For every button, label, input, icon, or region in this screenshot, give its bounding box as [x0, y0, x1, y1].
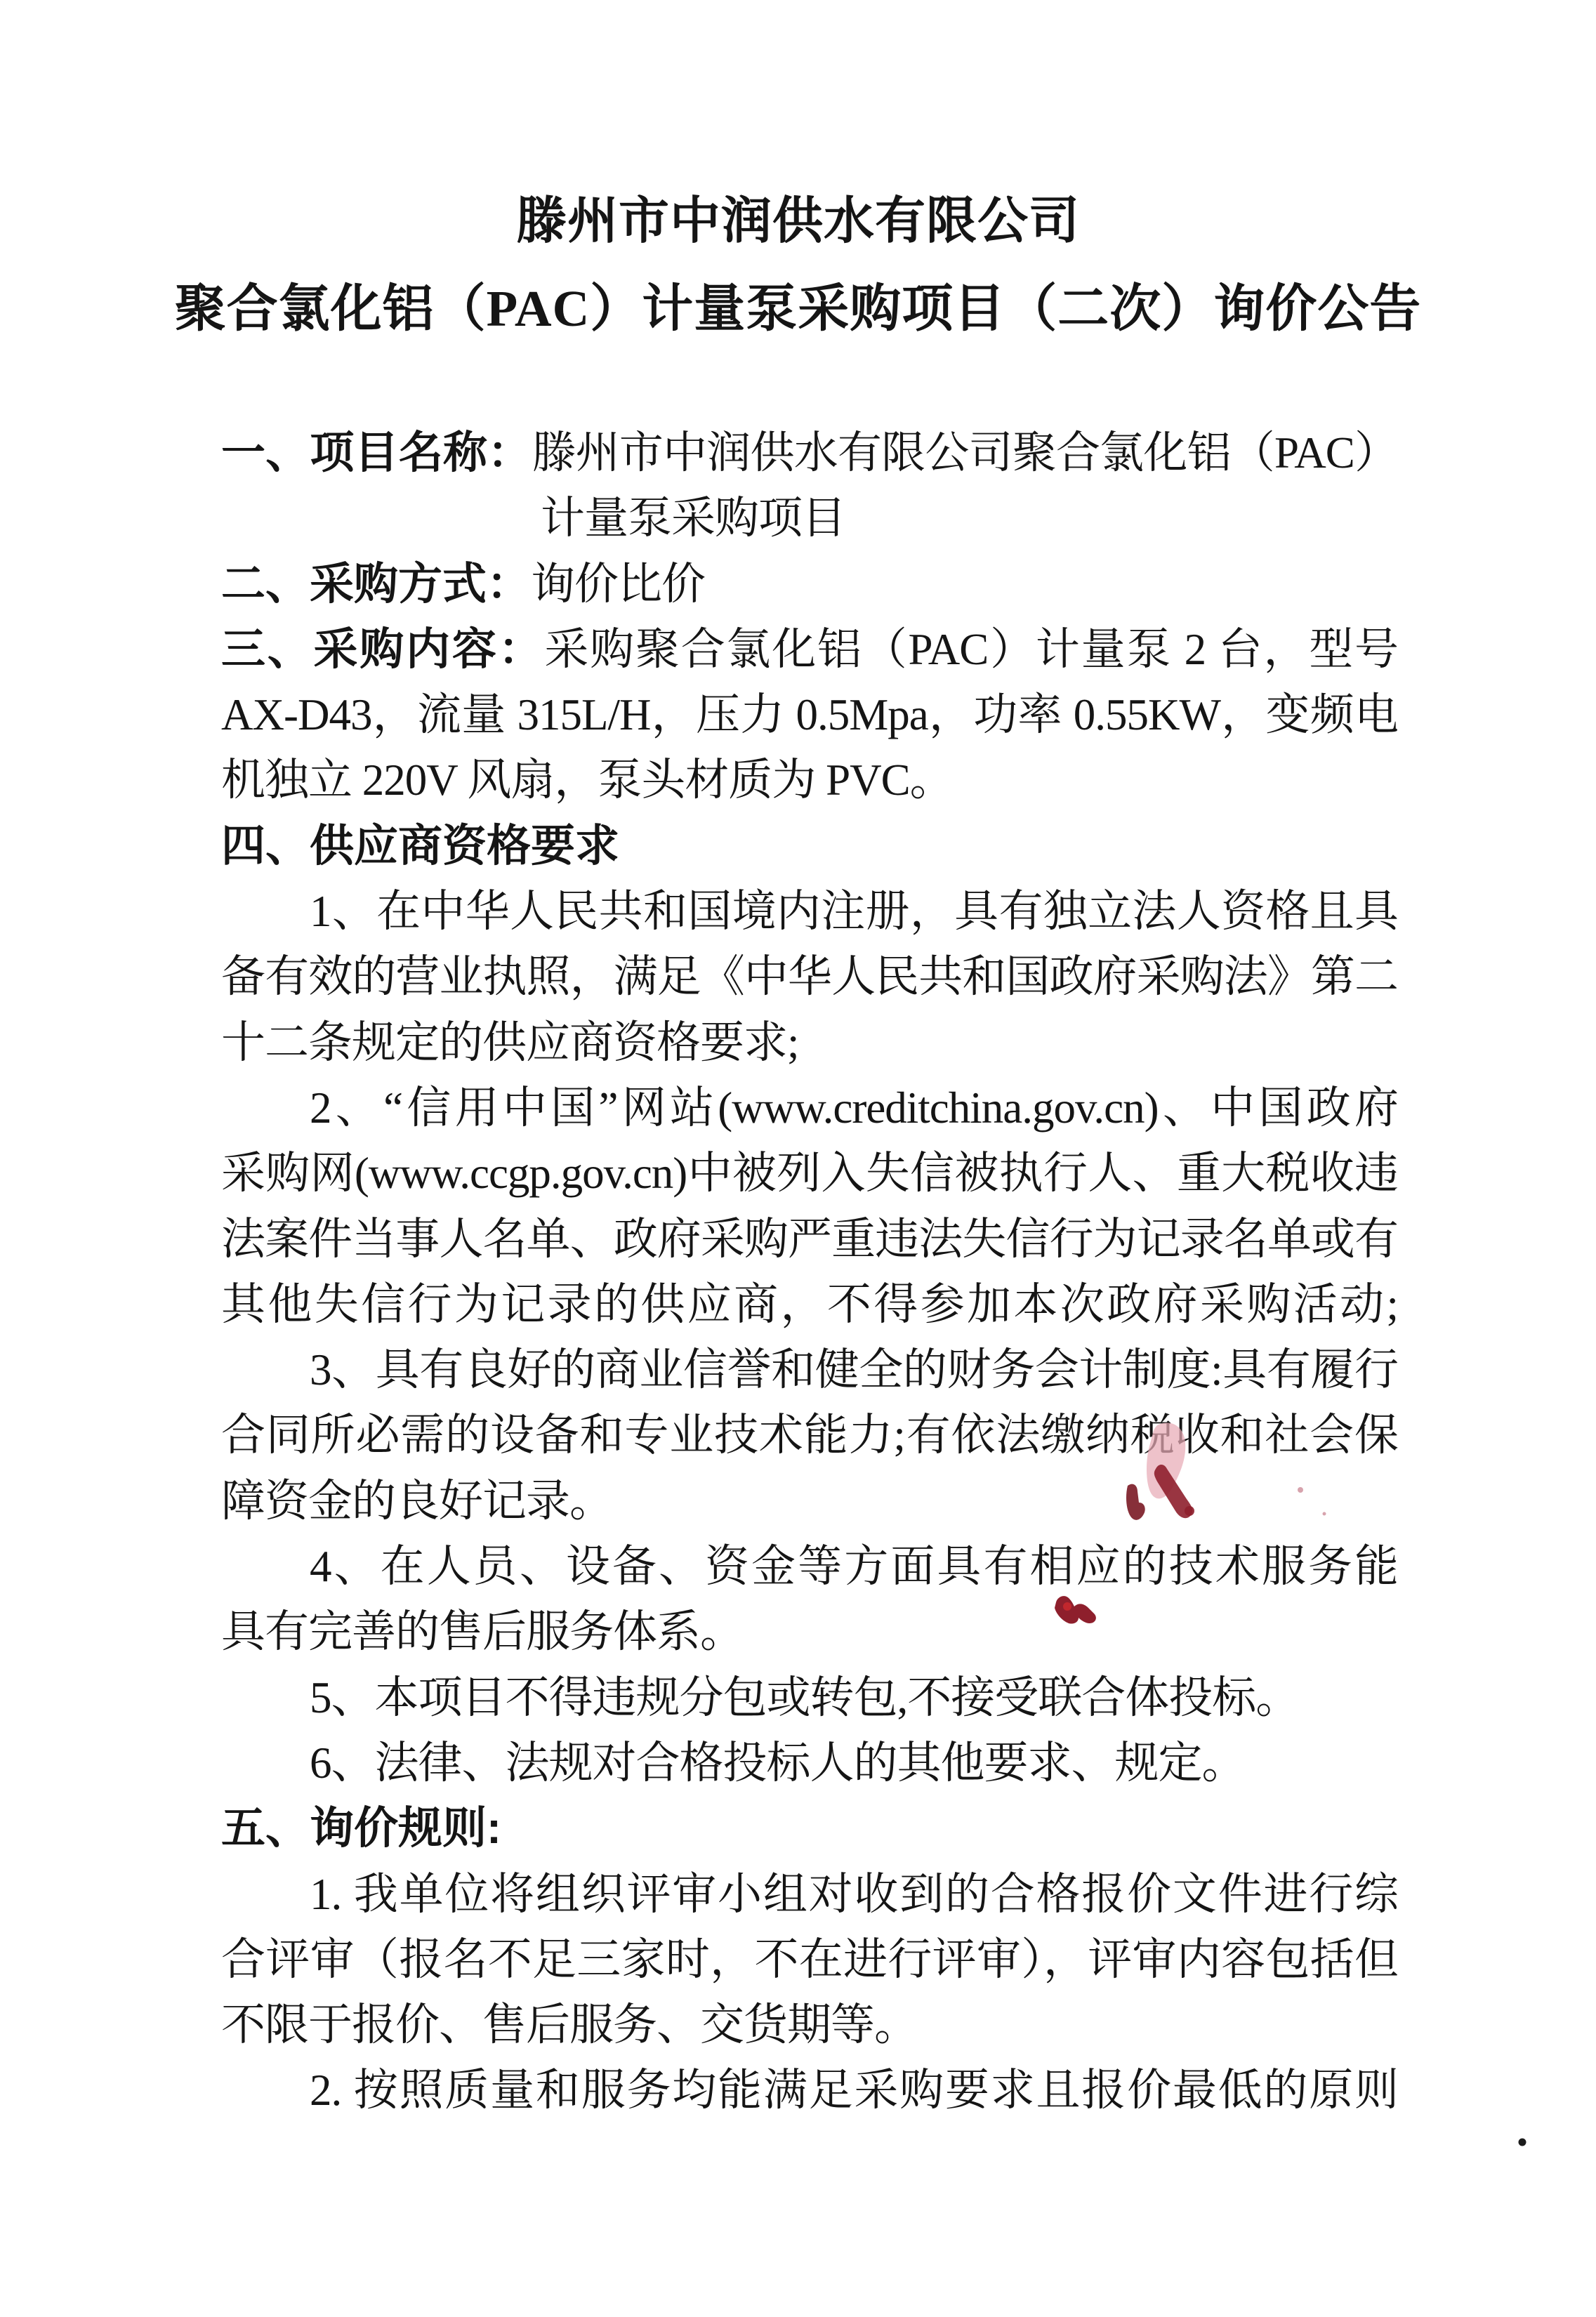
- body-line: 合同所必需的设备和专业技术能力;有依法缴纳税收和社会保: [221, 1403, 1398, 1468]
- line-text: 合同所必需的设备和专业技术能力;有依法缴纳税收和社会保: [221, 1411, 1398, 1460]
- line-text: 3、具有良好的商业信誉和健全的财务会计制度:具有履行: [310, 1345, 1398, 1394]
- line-text: 十二条规定的供应商资格要求;: [221, 1018, 799, 1067]
- line-label: 四、供应商资格要求: [221, 821, 619, 871]
- line-text: AX-D43，流量 315L/H，压力 0.5Mpa，功率 0.55KW，变频电: [221, 690, 1398, 739]
- line-text: 备有效的营业执照，满足《中华人民共和国政府采购法》第二: [221, 952, 1398, 1001]
- body-line: 二、采购方式：询价比价: [221, 552, 1398, 617]
- body-line: 具有完善的售后服务体系。: [221, 1599, 1398, 1665]
- line-text: 1. 我单位将组织评审小组对收到的合格报价文件进行综: [310, 1870, 1398, 1919]
- body-line: 6、法律、法规对合格投标人的其他要求、规定。: [221, 1731, 1398, 1796]
- body-line: 1. 我单位将组织评审小组对收到的合格报价文件进行综: [221, 1862, 1398, 1927]
- body-line: 一、项目名称：滕州市中润供水有限公司聚合氯化铝（PAC）: [221, 421, 1398, 486]
- line-text: 2. 按照质量和服务均能满足采购要求且报价最低的原则: [310, 2066, 1398, 2115]
- body-line: 障资金的良好记录。: [221, 1469, 1398, 1534]
- body-line: 合评审（报名不足三家时，不在进行评审），评审内容包括但: [221, 1927, 1398, 1993]
- line-text: 不限于报价、售后服务、交货期等。: [221, 2000, 918, 2049]
- line-label: 三、采购内容：: [221, 625, 544, 674]
- line-text: 合评审（报名不足三家时，不在进行评审），评审内容包括但: [221, 1935, 1398, 1984]
- body-line: 3、具有良好的商业信誉和健全的财务会计制度:具有履行: [221, 1338, 1398, 1403]
- line-text: 具有完善的售后服务体系。: [221, 1607, 744, 1656]
- line-text: 5、本项目不得违规分包或转包,不接受联合体投标。: [310, 1673, 1299, 1722]
- body-line: 五、询价规则:: [221, 1796, 1398, 1861]
- body-line: 法案件当事人名单、政府采购严重违法失信行为记录名单或有: [221, 1207, 1398, 1272]
- body-line: AX-D43，流量 315L/H，压力 0.5Mpa，功率 0.55KW，变频电: [221, 682, 1398, 748]
- body-line: 其他失信行为记录的供应商，不得参加本次政府采购活动;: [221, 1272, 1398, 1338]
- body-line: 2. 按照质量和服务均能满足采购要求且报价最低的原则: [221, 2058, 1398, 2123]
- body-line: 4、在人员、设备、资金等方面具有相应的技术服务能力、: [221, 1534, 1398, 1599]
- line-text: 其他失信行为记录的供应商，不得参加本次政府采购活动;: [221, 1280, 1398, 1329]
- line-text: 采购聚合氯化铝（PAC）计量泵 2 台，型号: [544, 625, 1398, 674]
- line-label: 一、项目名称：: [221, 428, 532, 477]
- page-subtitle: 聚合氯化铝（PAC）计量泵采购项目（二次）询价公告: [0, 267, 1596, 341]
- body-line: 1、在中华人民共和国境内注册，具有独立法人资格且具: [221, 879, 1398, 944]
- line-text: 滕州市中润供水有限公司聚合氯化铝（PAC）: [532, 428, 1398, 477]
- line-text: 采购网(www.ccgp.gov.cn)中被列入失信被执行人、重大税收违: [221, 1149, 1398, 1198]
- scan-dot: [1519, 2139, 1526, 2146]
- document-page: 滕州市中润供水有限公司 聚合氯化铝（PAC）计量泵采购项目（二次）询价公告 一、…: [0, 0, 1596, 2317]
- body-line: 5、本项目不得违规分包或转包,不接受联合体投标。: [221, 1665, 1398, 1731]
- body-line: 采购网(www.ccgp.gov.cn)中被列入失信被执行人、重大税收违: [221, 1141, 1398, 1206]
- line-text: 1、在中华人民共和国境内注册，具有独立法人资格且具: [310, 887, 1398, 936]
- line-text: 法案件当事人名单、政府采购严重违法失信行为记录名单或有: [221, 1215, 1398, 1264]
- line-text: 计量泵采购项目: [541, 494, 845, 543]
- body-line: 备有效的营业执照，满足《中华人民共和国政府采购法》第二: [221, 944, 1398, 1010]
- line-text: 2、“信用中国”网站(www.creditchina.gov.cn)、中国政府: [310, 1083, 1398, 1133]
- body-line: 不限于报价、售后服务、交货期等。: [221, 1993, 1398, 2058]
- body-line: 十二条规定的供应商资格要求;: [221, 1010, 1398, 1076]
- body-line: 2、“信用中国”网站(www.creditchina.gov.cn)、中国政府: [221, 1076, 1398, 1141]
- line-text: 询价比价: [531, 560, 705, 609]
- line-text: 障资金的良好记录。: [221, 1477, 613, 1526]
- document-body: 一、项目名称：滕州市中润供水有限公司聚合氯化铝（PAC） 计量泵采购项目 二、采…: [221, 421, 1398, 2124]
- line-label: 二、采购方式：: [221, 560, 531, 609]
- line-label: 五、询价规则:: [221, 1804, 501, 1853]
- line-text: 机独立 220V 风扇，泵头材质为 PVC。: [221, 755, 954, 805]
- body-line: 计量泵采购项目: [221, 486, 1398, 551]
- body-line: 四、供应商资格要求: [221, 814, 1398, 879]
- body-line: 三、采购内容：采购聚合氯化铝（PAC）计量泵 2 台，型号: [221, 617, 1398, 682]
- page-title: 滕州市中润供水有限公司: [0, 180, 1596, 253]
- line-text: 4、在人员、设备、资金等方面具有相应的技术服务能力、: [310, 1542, 1398, 1599]
- body-line: 机独立 220V 风扇，泵头材质为 PVC。: [221, 748, 1398, 813]
- line-text: 6、法律、法规对合格投标人的其他要求、规定。: [310, 1738, 1246, 1788]
